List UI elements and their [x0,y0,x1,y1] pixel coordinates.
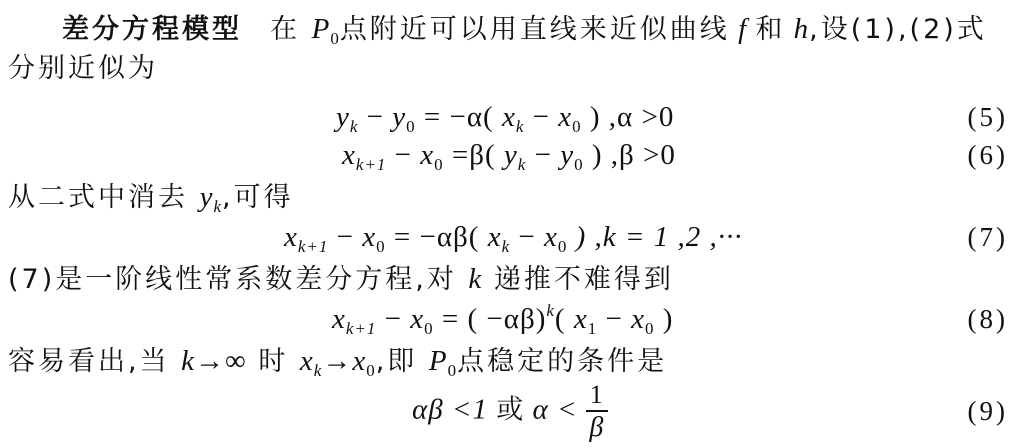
equation-8: xk+1 − x0 = ( −αβ)k( x1 − x0 ) [332,302,673,336]
fraction-one-over-beta: 1β [586,382,608,442]
equation-number-7: (7) [968,220,1008,254]
equation-number-6: (6) [968,138,1008,172]
paragraph-2: 从二式中消去 yk,可得 [8,180,294,215]
section-heading: 差分方程模型 [62,14,242,45]
paragraph-4: 容易看出,当 k→∞ 时 xk→x0,即 P0点稳定的条件是 [8,344,667,379]
equation-9: αβ <1 或 α < 1β [412,382,608,442]
paragraph-3: (7)是一阶线性常系数差分方程,对 k 递推不难得到 [8,262,674,297]
equation-6: xk+1 − x0 =β( yk − y0 ) ,β >0 [342,138,676,172]
equation-number-9: (9) [968,394,1008,428]
paragraph-1-line-2: 分别近似为 [8,52,158,86]
equation-number-8: (8) [968,302,1008,336]
equation-number-5: (5) [968,100,1008,134]
paragraph-1-line-1: 差分方程模型在 P0点附近可以用直线来近似曲线 f 和 h,设(1),(2)式 [62,12,987,47]
equation-5: yk − y0 = −α( xk − x0 ) ,α >0 [336,100,674,134]
equation-7: xk+1 − x0 = −αβ( xk − x0 ) ,k = 1 ,2 ,··… [284,220,742,254]
